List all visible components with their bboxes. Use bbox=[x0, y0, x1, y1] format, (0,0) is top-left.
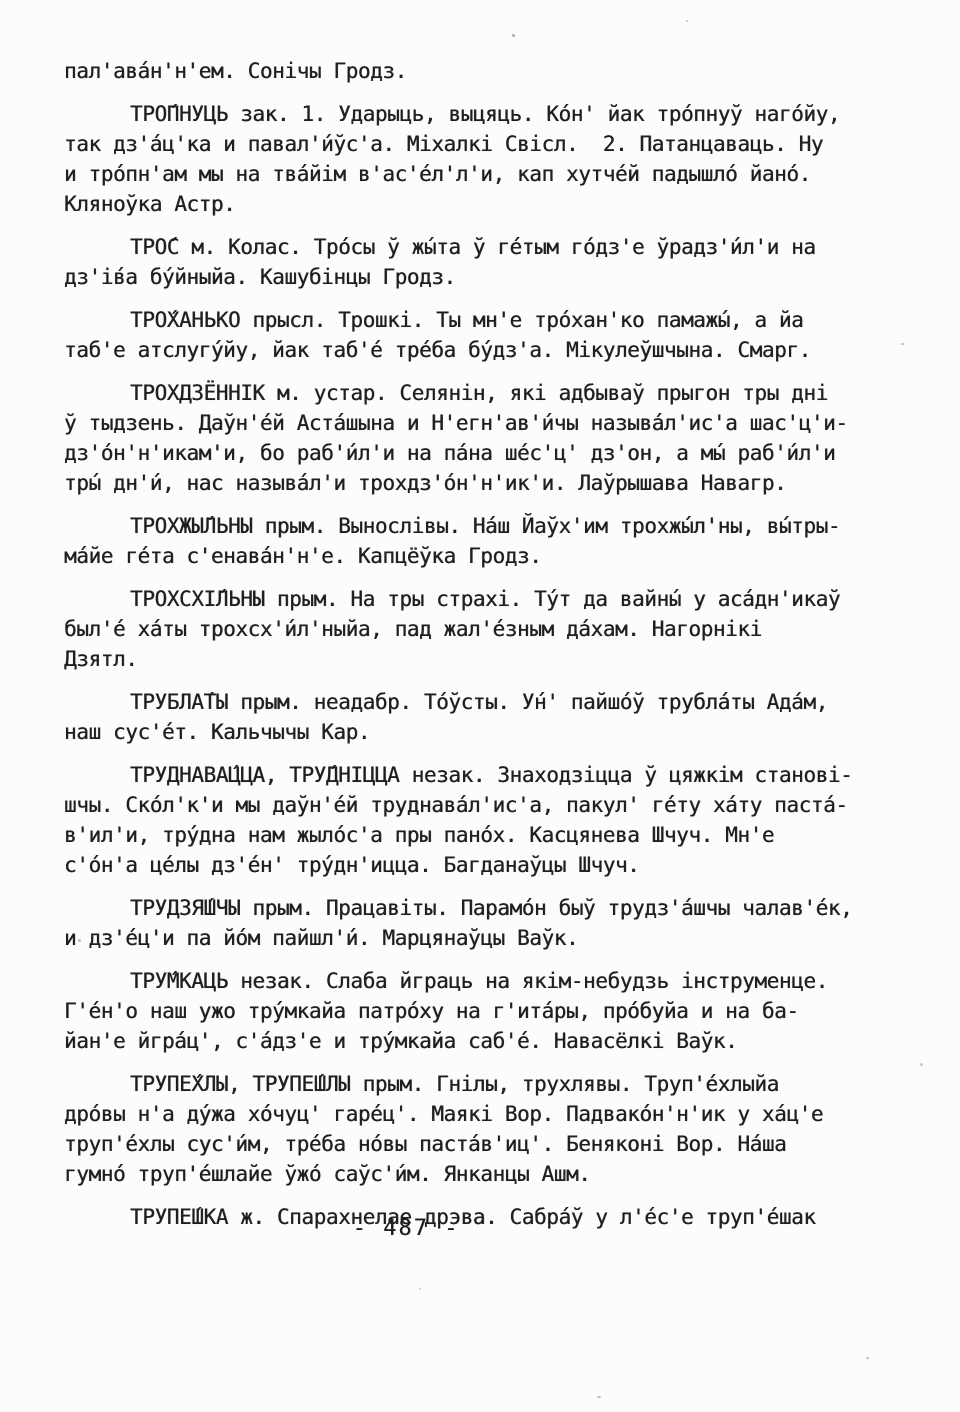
text-line: был'е́ ха́ты трохсх'и́л'ныйа, пад жал'е́… bbox=[64, 614, 910, 644]
text-line: гумно́ труп'е́шлайе ўжо́ саўс'и́м. Янкан… bbox=[64, 1159, 910, 1189]
text-line: Г'е́н'о наш ужо тру́мкайа патро́ху на г'… bbox=[64, 996, 910, 1026]
ink-speck bbox=[78, 939, 81, 942]
text-line: с'о́н'а це́лы дз'е́н' тру́дн'ицца. Багда… bbox=[64, 850, 910, 880]
text-line: Дзятл. bbox=[64, 644, 910, 674]
text-line: дз'о́н'н'икам'и, бо раб'и́л'и на па́на ш… bbox=[64, 438, 910, 468]
text-line: ТРУ́МКАЦЬ незак. Слаба йграць на якім-не… bbox=[64, 966, 910, 996]
scanned-dictionary-page: пал'ава́н'н'ем. Сонічы Гродз.ТРО́ПНУЦЬ з… bbox=[0, 0, 960, 1412]
ink-speck bbox=[419, 1288, 421, 1290]
ink-speck bbox=[901, 343, 904, 345]
text-line: наш сус'е́т. Кальчычы Кар. bbox=[64, 717, 910, 747]
text-line: ТРО́ПНУЦЬ зак. 1. Ударыць, выцяць. Ко́н'… bbox=[64, 99, 910, 129]
text-line: дз'і́ва бу́йныйа. Кашубінцы Гродз. bbox=[64, 262, 910, 292]
text-line: Кляноўка Астр. bbox=[64, 189, 910, 219]
text-column: пал'ава́н'н'ем. Сонічы Гродз.ТРО́ПНУЦЬ з… bbox=[64, 56, 910, 1232]
text-line: ма́йе ге́та с'енава́н'н'е. Капцёўка Грод… bbox=[64, 541, 910, 571]
text-line: ТРОХЖЫ́ЛЬНЫ прым. Вынослівы. На́ш Йаўх'и… bbox=[64, 511, 910, 541]
text-line: йан'е йгра́ц', с'а́дз'е и тру́мкайа саб'… bbox=[64, 1026, 910, 1056]
dictionary-entry: ТРО́ХАНЬКО прысл. Трошкі. Ты мн'е тро́ха… bbox=[64, 305, 910, 365]
dictionary-entry: ТРО́ПНУЦЬ зак. 1. Ударыць, выцяць. Ко́н'… bbox=[64, 99, 910, 219]
text-line: ТРОХДЗЁННІК м. устар. Селянін, які адбыв… bbox=[64, 378, 910, 408]
text-line: в'ил'и, тру́дна нам жыло́с'а пры пано́х.… bbox=[64, 820, 910, 850]
ink-speck bbox=[686, 20, 688, 22]
text-line: ў тыдзень. Даўн'е́й Аста́шына и Н'егн'ав… bbox=[64, 408, 910, 438]
text-line: и тро́пн'ам мы на тва́йім в'ас'е́л'л'и, … bbox=[64, 159, 910, 189]
ink-speck bbox=[512, 34, 515, 37]
dictionary-entry: ТРОХДЗЁННІК м. устар. Селянін, які адбыв… bbox=[64, 378, 910, 498]
ink-speck bbox=[597, 1396, 601, 1398]
dictionary-entry: ТРО́С м. Колас. Тро́сы ў жы́та ў ге́тым … bbox=[64, 232, 910, 292]
text-line: таб'е атслугу́йу, йак таб'е́ тре́ба бу́д… bbox=[64, 335, 910, 365]
dictionary-entry: ТРОХСХІ́ЛЬНЫ прым. На тры страхі. Ту́т д… bbox=[64, 584, 910, 674]
ink-speck bbox=[920, 1063, 923, 1066]
text-line: ТРОХСХІ́ЛЬНЫ прым. На тры страхі. Ту́т д… bbox=[64, 584, 910, 614]
dictionary-entry: ТРУДНАВА́ЦЦА, ТРУ́ДНІЦЦА незак. Знаходзі… bbox=[64, 760, 910, 880]
dictionary-entry: ТРУБЛА́ТЫ прым. неадабр. То́ўсты. У́н' п… bbox=[64, 687, 910, 747]
text-line: так дз'а́ц'ка и павал'и́ўс'а. Міхалкі Св… bbox=[64, 129, 910, 159]
text-line: тры́ дн'и́, нас называ́л'и трохдз'о́н'н'… bbox=[64, 468, 910, 498]
page-number: - 487 - bbox=[56, 1216, 756, 1241]
text-line: ТРУДЗЯ́ШЧЫ прым. Працавіты. Парамо́н быў… bbox=[64, 893, 910, 923]
dictionary-entry: ТРУ́МКАЦЬ незак. Слаба йграць на якім-не… bbox=[64, 966, 910, 1056]
text-line: ТРО́С м. Колас. Тро́сы ў жы́та ў ге́тым … bbox=[64, 232, 910, 262]
text-line: шчы. Ско́л'к'и мы даўн'е́й труднава́л'ис… bbox=[64, 790, 910, 820]
text-line: дро́вы н'а ду́жа хо́чуц' гаре́ц'. Маякі … bbox=[64, 1099, 910, 1129]
dictionary-entry: ТРОХЖЫ́ЛЬНЫ прым. Вынослівы. На́ш Йаўх'и… bbox=[64, 511, 910, 571]
continuation-paragraph: пал'ава́н'н'ем. Сонічы Гродз. bbox=[64, 56, 910, 86]
text-line: ТРУБЛА́ТЫ прым. неадабр. То́ўсты. У́н' п… bbox=[64, 687, 910, 717]
text-line: труп'е́хлы сус'и́м, тре́ба но́вы паста́в… bbox=[64, 1129, 910, 1159]
text-line: и дз'е́ц'и па йо́м пайшл'и́. Марцянаўцы … bbox=[64, 923, 910, 953]
text-line: ТРО́ХАНЬКО прысл. Трошкі. Ты мн'е тро́ха… bbox=[64, 305, 910, 335]
text-line: ТРУПЕ́ХЛЫ, ТРУПЕ́ШЛЫ прым. Гнілы, трухля… bbox=[64, 1069, 910, 1099]
ink-speck bbox=[866, 1357, 869, 1359]
dictionary-entry: ТРУПЕ́ХЛЫ, ТРУПЕ́ШЛЫ прым. Гнілы, трухля… bbox=[64, 1069, 910, 1189]
dictionary-entry: ТРУДЗЯ́ШЧЫ прым. Працавіты. Парамо́н быў… bbox=[64, 893, 910, 953]
text-line: пал'ава́н'н'ем. Сонічы Гродз. bbox=[64, 56, 910, 86]
text-line: ТРУДНАВА́ЦЦА, ТРУ́ДНІЦЦА незак. Знаходзі… bbox=[64, 760, 910, 790]
